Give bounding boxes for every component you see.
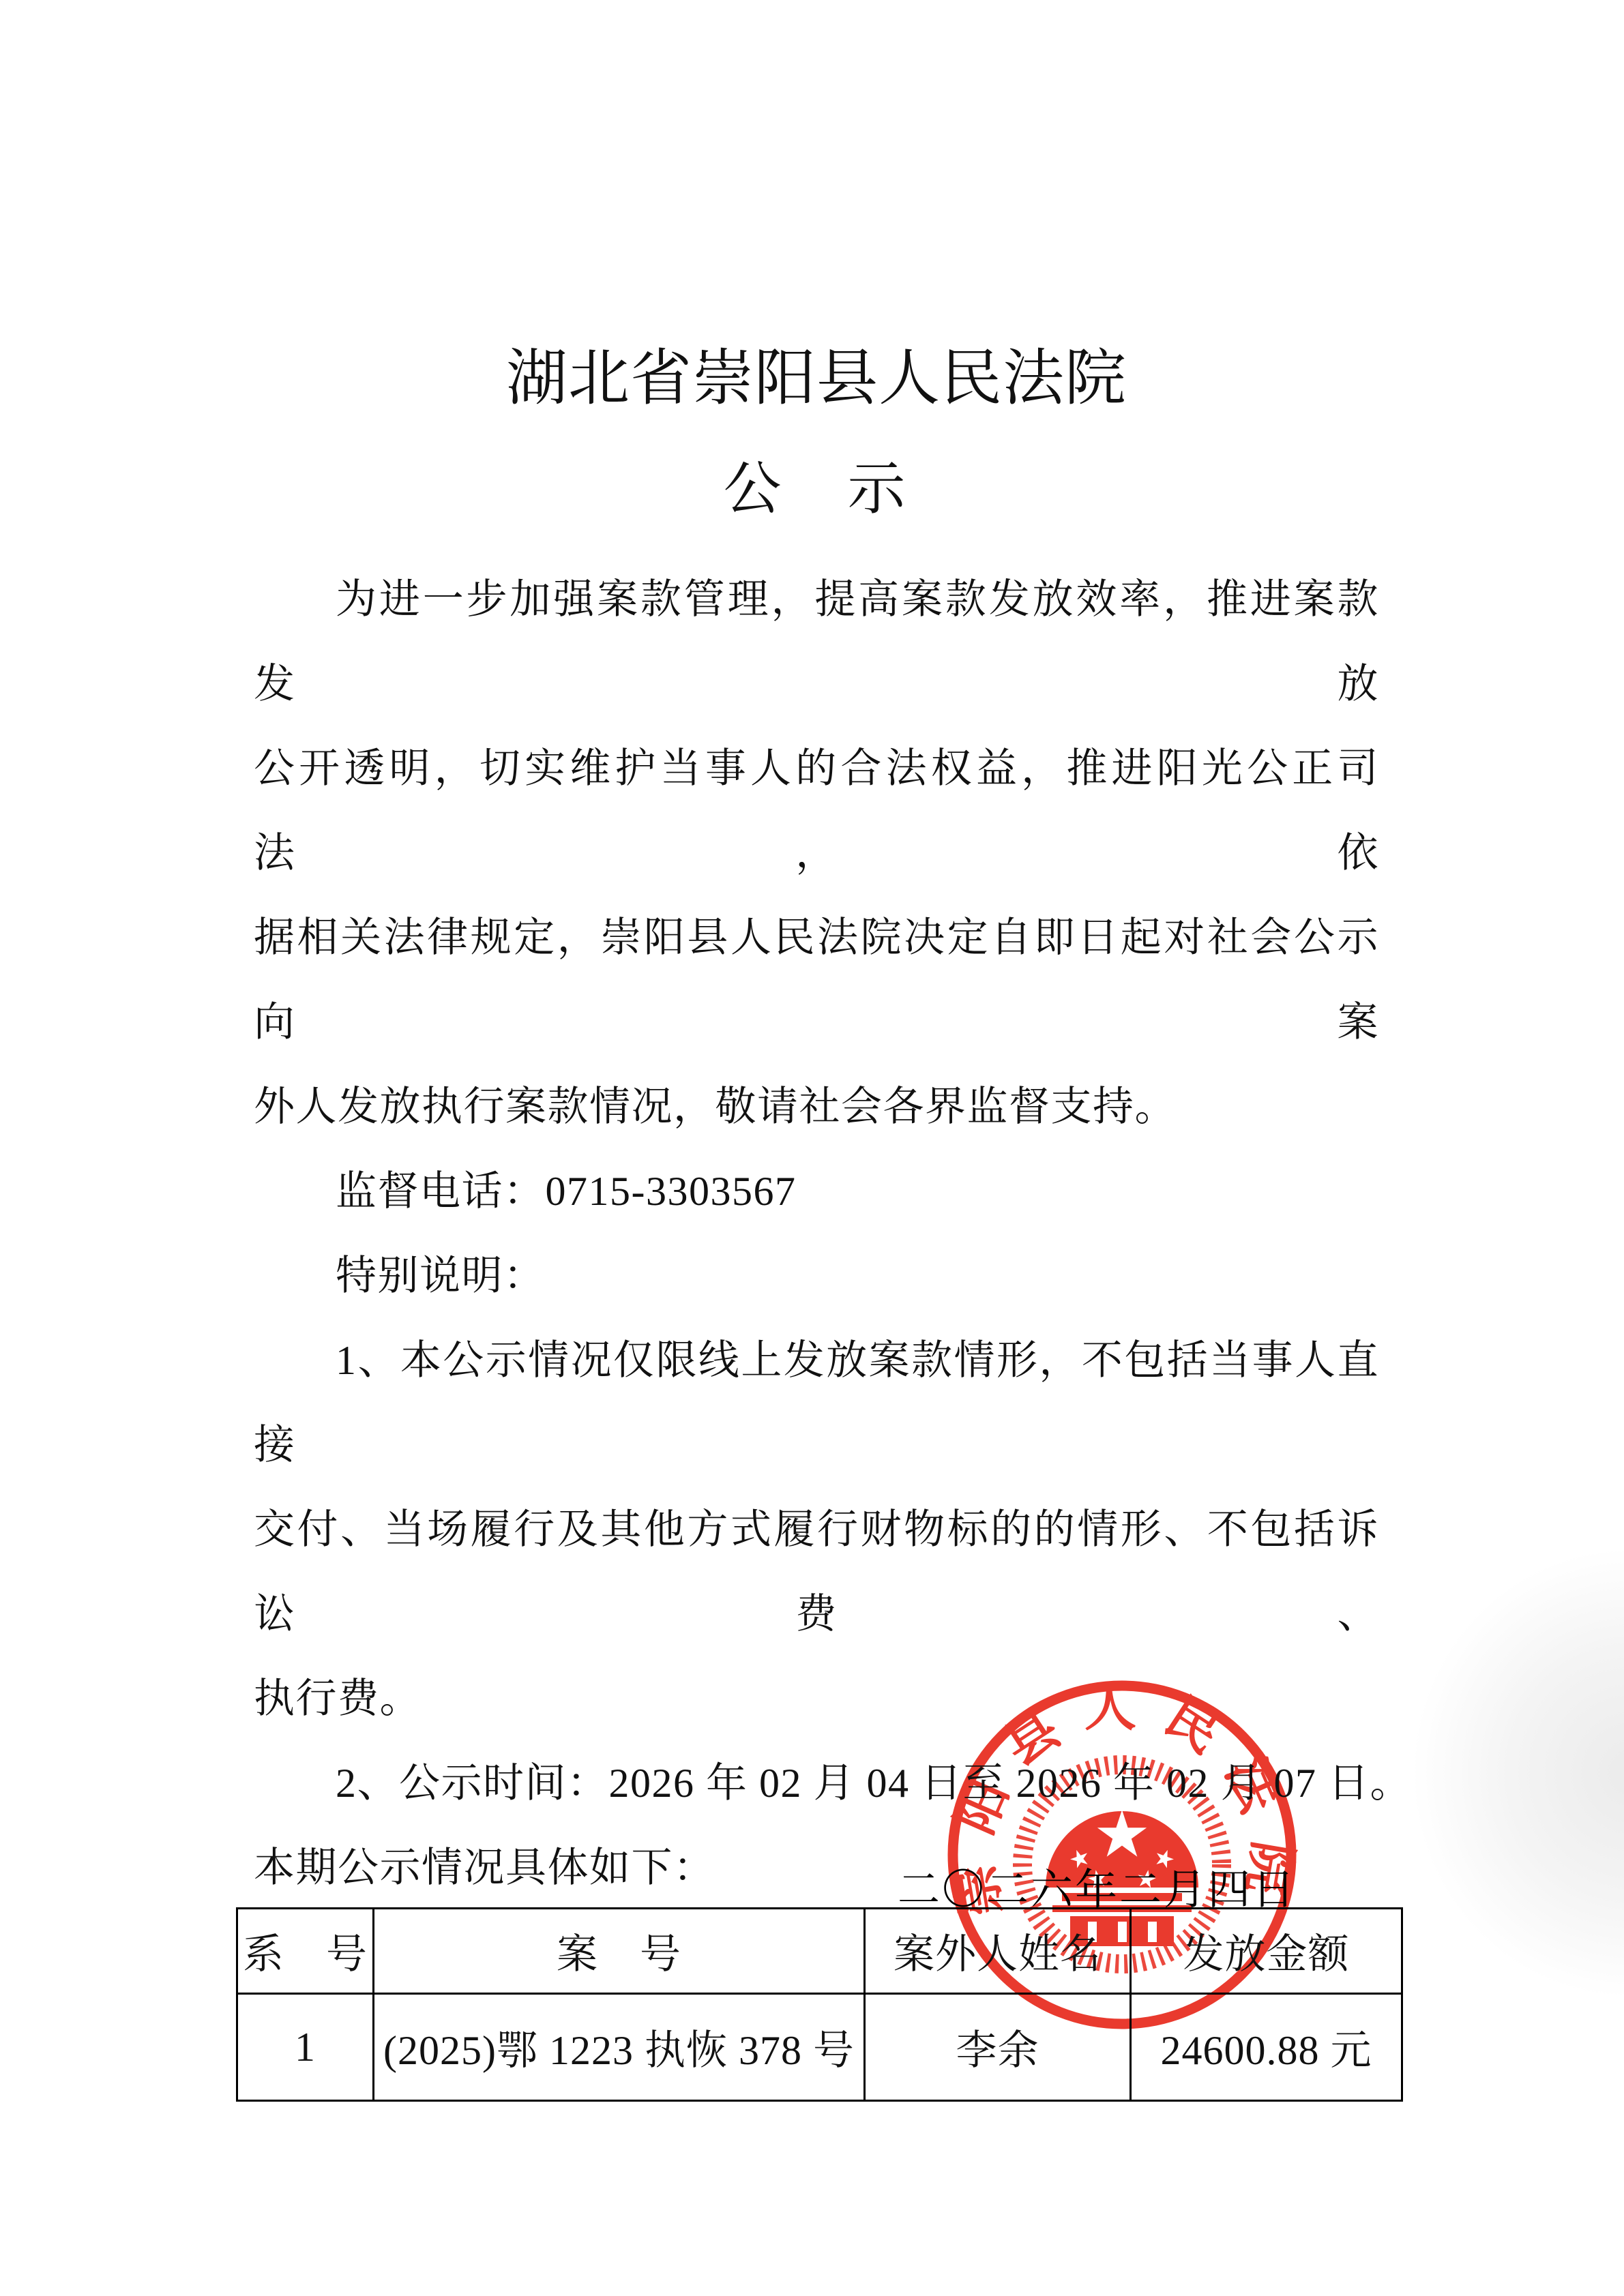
- cell-case-number: (2025)鄂 1223 执恢 378 号: [374, 1994, 865, 2101]
- body-line-4: 外人发放执行案款情况，敬请社会各界监督支持。: [254, 1064, 1379, 1149]
- col-header-amount: 发放金额: [1131, 1909, 1402, 1994]
- scan-shadow-artifact: [1412, 1548, 1624, 1998]
- col-header-payee-name: 案外人姓名: [865, 1909, 1131, 1994]
- issue-date: 二〇二六年二月四日: [898, 1868, 1297, 1912]
- note-1-line-2: 交付、当场履行及其他方式履行财物标的的情形、不包括诉讼费、: [254, 1487, 1379, 1656]
- page-title: 湖北省崇阳县人民法院: [254, 336, 1379, 421]
- body-line-1: 为进一步加强案款管理，提高案款发放效率，推进案款发放: [254, 557, 1379, 726]
- special-note-heading: 特别说明：: [254, 1234, 1379, 1318]
- cell-amount: 24600.88 元: [1131, 1994, 1402, 2101]
- body-line-2: 公开透明，切实维护当事人的合法权益，推进阳光公正司法，依: [254, 726, 1379, 895]
- cell-payee-name: 李余: [865, 1994, 1131, 2101]
- col-header-serial-number: 系 号: [237, 1909, 374, 1994]
- body-line-3: 据相关法律规定，崇阳县人民法院决定自即日起对社会公示向案: [254, 895, 1379, 1064]
- note-1-line-3: 执行费。: [254, 1656, 1379, 1741]
- table-row: 1 (2025)鄂 1223 执恢 378 号 李余 24600.88 元: [237, 1994, 1402, 2101]
- note-2-publicity-period: 2、公示时间：2026 年 02 月 04 日至 2026 年 02 月 07 …: [254, 1741, 1379, 1825]
- case-fund-table: 系 号 案 号 案外人姓名 发放金额 1 (2025)鄂 1223 执恢 378…: [236, 1907, 1403, 2102]
- col-header-case-number: 案 号: [374, 1909, 865, 1994]
- body-text: 为进一步加强案款管理，提高案款发放效率，推进案款发放 公开透明，切实维护当事人的…: [254, 557, 1379, 1910]
- note-1-line-1: 1、本公示情况仅限线上发放案款情形，不包括当事人直接: [254, 1318, 1379, 1487]
- table-header-row: 系 号 案 号 案外人姓名 发放金额: [237, 1909, 1402, 1994]
- supervision-phone-line: 监督电话：0715-3303567: [254, 1149, 1379, 1234]
- page-subtitle: 公 示: [254, 447, 1379, 533]
- document-content: 湖北省崇阳县人民法院 公 示 为进一步加强案款管理，提高案款发放效率，推进案款发…: [254, 0, 1379, 2102]
- announcement-document: 湖北省崇阳县人民法院 公 示 为进一步加强案款管理，提高案款发放效率，推进案款发…: [0, 0, 1624, 2296]
- cell-serial-number: 1: [237, 1994, 374, 2101]
